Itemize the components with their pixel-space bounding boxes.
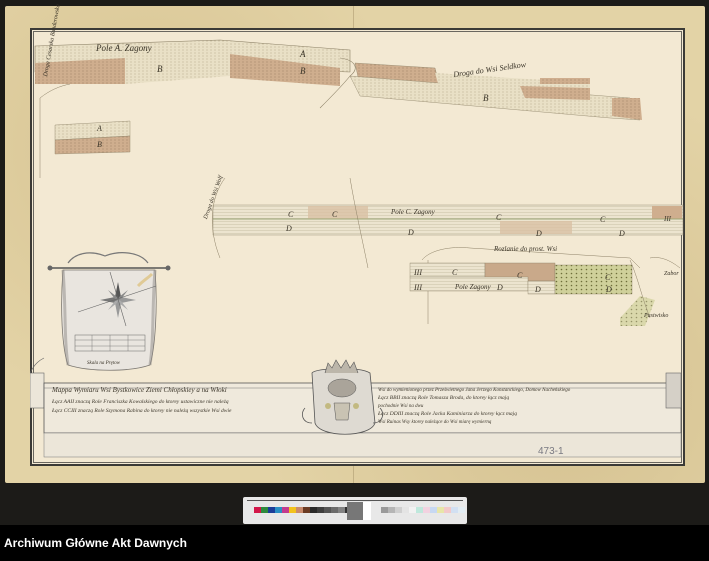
small-field-label-b: B xyxy=(97,140,102,149)
strip-label-c1: C xyxy=(288,210,293,219)
color-swatch xyxy=(381,507,388,513)
label-pastwisko: Pastwisko xyxy=(644,313,668,319)
strip-label-c3: C xyxy=(496,213,501,222)
compass-cartouche xyxy=(48,253,171,371)
color-swatch xyxy=(317,507,324,513)
strip-label-lower-d3: D xyxy=(606,285,612,294)
color-swatch xyxy=(331,507,338,513)
small-field xyxy=(40,84,130,178)
color-swatch xyxy=(437,507,444,513)
scale-caption: Skala na Prętow xyxy=(87,361,120,366)
color-swatch xyxy=(261,507,268,513)
color-swatch xyxy=(451,507,458,513)
catalog-number: 473-1 xyxy=(538,446,564,457)
strip-label-b3: B xyxy=(483,93,489,103)
strip-label-d3: D xyxy=(536,229,542,238)
color-swatch xyxy=(289,507,296,513)
color-swatch xyxy=(423,507,430,513)
color-swatches-left xyxy=(254,507,352,513)
strip-label-b2: B xyxy=(300,66,306,76)
color-swatch xyxy=(275,507,282,513)
color-swatch xyxy=(310,507,317,513)
color-swatch xyxy=(303,507,310,513)
roman-marker-lower-2: III xyxy=(414,283,422,292)
field-c-title: Pole C. Zagony xyxy=(391,208,435,216)
color-swatch xyxy=(296,507,303,513)
color-swatches-right xyxy=(381,507,465,513)
strip-label-d2: D xyxy=(408,228,414,237)
strip-label-d4: D xyxy=(619,229,625,238)
strip-label-lower-c3: C xyxy=(605,273,610,282)
label-zabor: Zabor xyxy=(664,271,679,277)
strip-label-a2: A xyxy=(300,49,306,59)
archive-name: Archiwum Główne Akt Dawnych xyxy=(4,536,187,550)
color-swatch xyxy=(338,507,345,513)
image-viewer: Pole A. Zagony B B A Droga do Wsi Seldko… xyxy=(0,0,709,525)
color-swatch xyxy=(430,507,437,513)
color-swatch xyxy=(395,507,402,513)
road-label-lower: Rozlanie do prost. Wsi xyxy=(494,245,557,253)
small-field-label-a: A xyxy=(97,124,102,133)
strip-label-lower-c1: C xyxy=(452,268,457,277)
color-swatch xyxy=(458,507,465,513)
field-a-title: Pole A. Zagony xyxy=(96,43,152,53)
strip-label-b1: B xyxy=(157,64,163,74)
strip-label-d1: D xyxy=(286,224,292,233)
strip-label-c4: C xyxy=(600,215,605,224)
strip-label-lower-d1: D xyxy=(497,283,503,292)
field-lower xyxy=(410,248,680,327)
roman-marker-middle: III xyxy=(664,215,671,223)
cartouche-left-line-2: Łącz AAII znaczą Role Franciszka Kowalsk… xyxy=(52,398,229,407)
roman-marker-lower-1: III xyxy=(414,268,422,277)
color-swatch xyxy=(416,507,423,513)
color-swatch xyxy=(402,507,409,513)
color-swatch xyxy=(324,507,331,513)
gray-patch xyxy=(347,502,363,520)
strip-label-lower-c2: C xyxy=(517,271,522,280)
color-swatch xyxy=(388,507,395,513)
color-checker-strip xyxy=(243,497,467,524)
strip-label-c2: C xyxy=(332,210,337,219)
field-c-d-middle xyxy=(212,178,683,268)
color-swatch xyxy=(444,507,451,513)
cartouche-left-line-3: Łącz CCIII znaczą Role Szymona Rabina do… xyxy=(52,407,231,416)
color-swatch xyxy=(282,507,289,513)
strip-label-lower-d2: D xyxy=(535,285,541,294)
white-patch xyxy=(363,502,371,520)
color-swatch xyxy=(409,507,416,513)
field-lower-title: Pole Zagony xyxy=(455,283,491,291)
color-swatch xyxy=(254,507,261,513)
cartouche-title-line: Mappa Wymiaru Wsi Bystkowice Ziemi Chłop… xyxy=(52,386,227,395)
cartouche-right-line-5: Wsi Ruinas Wsy ktorey należące do Wsi mi… xyxy=(378,418,491,427)
color-swatch xyxy=(268,507,275,513)
footer-bar: Archiwum Główne Akt Dawnych xyxy=(0,525,709,561)
